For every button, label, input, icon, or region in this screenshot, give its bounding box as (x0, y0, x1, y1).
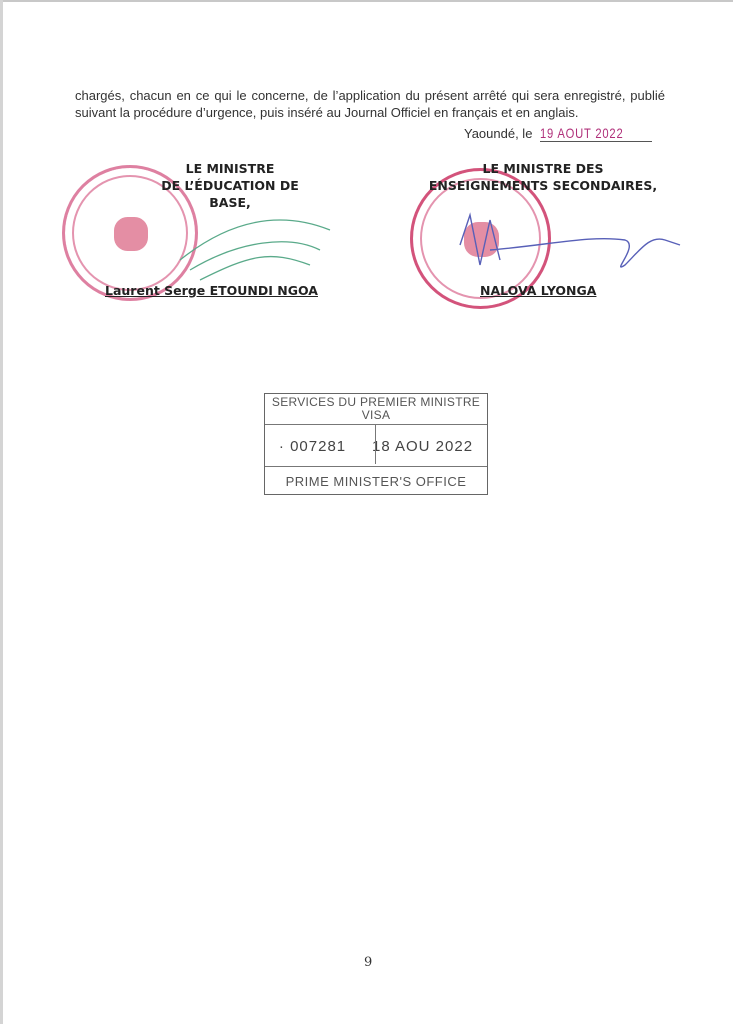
page-edge (0, 0, 3, 1024)
signatory-title-basic-education: LE MINISTRE DE L’ÉDUCATION DE BASE, (150, 160, 310, 211)
signatory-name-etoundi: Laurent Serge ETOUNDI NGOA (105, 283, 318, 298)
visa-divider (375, 424, 376, 464)
coat-of-arms-icon (114, 217, 148, 251)
signatory-name-lyonga: NALOVA LYONGA (480, 283, 596, 298)
visa-number-date: · 007281 18 AOU 2022 (265, 438, 487, 455)
prime-minister-visa-stamp: SERVICES DU PREMIER MINISTRE VISA · 0072… (264, 393, 488, 495)
page-number: 9 (364, 955, 372, 970)
date-stamp: 19 AOUT 2022 (540, 125, 652, 142)
visa-header: SERVICES DU PREMIER MINISTRE VISA (265, 396, 487, 422)
visa-divider (265, 466, 487, 467)
signatory-title-secondary-education: LE MINISTRE DES ENSEIGNEMENTS SECONDAIRE… (418, 160, 668, 194)
page-edge (0, 0, 733, 2)
signature-lyonga (450, 205, 690, 285)
visa-footer: PRIME MINISTER'S OFFICE (265, 474, 487, 489)
signature-etoundi (170, 200, 340, 290)
place-and-date: Yaoundé, le 19 AOUT 2022 (464, 125, 680, 142)
closing-paragraph: chargés, chacun en ce qui le concerne, d… (75, 87, 665, 121)
visa-divider (265, 424, 487, 425)
place-label: Yaoundé, le (464, 126, 532, 141)
